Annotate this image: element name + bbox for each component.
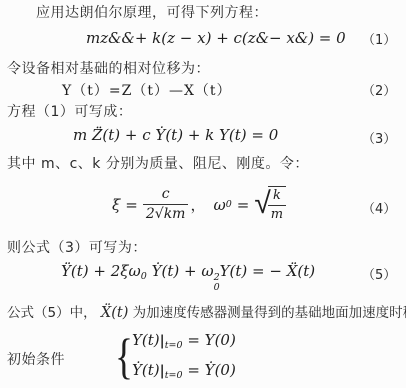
ic1-rhs: = Y(0) <box>183 331 236 349</box>
paper-page: 应用达朗伯尔原理，可得下列方程： mz&&+ k(z − x) + c(z&− … <box>0 0 406 388</box>
fraction-c-over-2sqrt-km: c 2√km <box>143 186 189 223</box>
eq5-part3: Y(t) = − Ẍ(t) <box>220 262 316 280</box>
equation-2-row: Y（t）=Z（t）—X（t） （2） <box>0 80 406 100</box>
equation-5: Ÿ(t) + 2ξω0 Ẏ(t) + ω20Y(t) = − Ẍ(t) <box>61 262 315 293</box>
equation-4: ξ = c 2√km ， ω0 = √ k m <box>112 186 286 223</box>
equation-1: mz&&+ k(z − x) + c(z&− x&) = 0 <box>86 29 346 47</box>
initial-condition-1: Y(t)|t=0 = Y(0) <box>132 331 236 351</box>
ic2-sub: t=0 <box>165 370 183 381</box>
paragraph-eq3-rewrite: 则公式（3）可写为： <box>7 237 147 257</box>
equation-2-number: （2） <box>362 80 396 99</box>
initial-conditions-row: 初始条件 { Y(t)|t=0 = Y(0) Ẏ(t)|t=0 = Ẏ(0) <box>0 328 406 386</box>
initial-condition-2: Ẏ(t)|t=0 = Ẏ(0) <box>132 361 236 381</box>
ic1-main: Y(t) <box>132 331 160 349</box>
comma-separator: ， <box>190 194 205 215</box>
sqrt-k-over-m: √ k m <box>254 186 286 223</box>
fraction-k: k <box>270 188 284 204</box>
equation-4-row: ξ = c 2√km ， ω0 = √ k m （4） <box>0 182 406 232</box>
eq5-part2: Ẏ(t) + ω <box>147 262 214 280</box>
equation-3-number: （3） <box>362 128 396 147</box>
paragraph-eq1-rewrite: 方程（1）可写成： <box>7 101 132 121</box>
omega-subscript: 0 <box>226 200 232 210</box>
ic1-sub: t=0 <box>165 340 183 351</box>
paragraph-accelerometer-note: 公式（5）中， Ẍ(t) 为加速度传感器测量得到的基础地面加速度时程。 <box>7 301 406 321</box>
xi-symbol: ξ <box>112 196 120 214</box>
p6-prefix: 公式（5）中， <box>7 305 101 321</box>
p6-xddot-math: Ẍ(t) <box>101 305 128 321</box>
ic2-rhs: = Ẏ(0) <box>183 361 236 379</box>
eq5-omega-sub: 0 <box>214 283 220 293</box>
den-coefficient: 2 <box>146 206 155 222</box>
equals-sign-2: = <box>237 196 250 214</box>
ic2-main: Ẏ(t) <box>132 361 160 379</box>
equation-2: Y（t）=Z（t）—X（t） <box>62 80 232 100</box>
p6-suffix: 为加速度传感器测量得到的基础地面加速度时程。 <box>128 305 406 321</box>
equation-4-number: （4） <box>362 198 396 217</box>
fraction-denominator: 2√km <box>143 204 189 224</box>
equation-1-number: （1） <box>362 29 396 48</box>
paragraph-relative-displacement: 令设备相对基础的相对位移为： <box>7 58 210 78</box>
radical-sign-big: √ <box>254 186 270 221</box>
radical-sign: √ <box>155 206 164 222</box>
equation-3: m Z̈(t) + c Ẏ(t) + k Y(t) = 0 <box>73 126 278 144</box>
equation-5-row: Ÿ(t) + 2ξω0 Ẏ(t) + ω20Y(t) = − Ẍ(t) （5） <box>0 260 406 284</box>
omega-symbol: ω <box>213 196 225 214</box>
paragraph-dalembert-intro: 应用达朗伯尔原理，可得下列方程： <box>36 2 268 22</box>
eq5-part1: Ÿ(t) + 2ξω <box>61 262 141 280</box>
radicand-km: km <box>164 204 186 222</box>
left-brace: { <box>115 331 133 381</box>
equation-5-number: （5） <box>362 264 396 283</box>
equation-3-row: m Z̈(t) + c Ẏ(t) + k Y(t) = 0 （3） <box>0 124 406 146</box>
equals-sign: = <box>125 196 138 214</box>
paragraph-mck-definition: 其中 m、c、k 分别为质量、阻尼、刚度。令： <box>7 153 309 173</box>
equation-1-row: mz&&+ k(z − x) + c(z&− x&) = 0 （1） <box>0 29 406 49</box>
fraction-numerator: c <box>159 186 173 204</box>
initial-conditions-label: 初始条件 <box>7 349 65 369</box>
